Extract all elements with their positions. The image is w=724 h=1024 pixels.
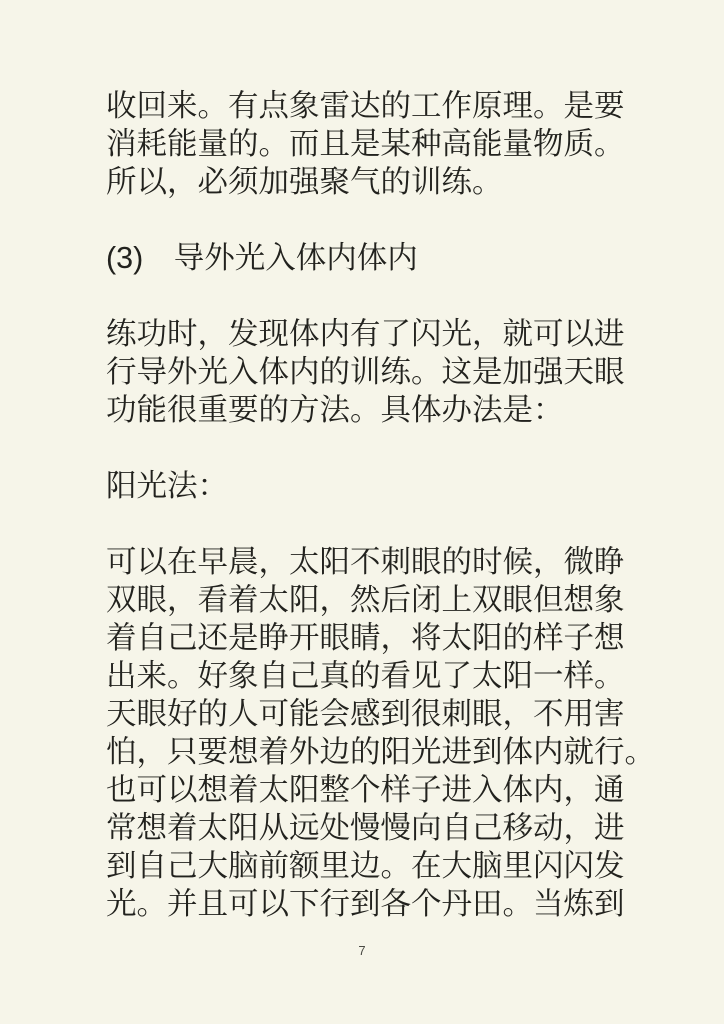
- text-line: 可以在早晨，太阳不刺眼的时候，微睁: [106, 543, 686, 581]
- book-page: 收回来。有点象雷达的工作原理。是要 消耗能量的。而且是某种高能量物质。 所以，必…: [0, 0, 724, 1024]
- text-line: 所以，必须加强聚气的训练。: [106, 163, 686, 201]
- text-line: 出来。好象自己真的看见了太阳一样。: [106, 657, 686, 695]
- paragraph-method-intro: 练功时，发现体内有了闪光，就可以进 行导外光入体内的训练。这是加强天眼 功能很重…: [106, 315, 686, 429]
- text-line: 消耗能量的。而且是某种高能量物质。: [106, 125, 686, 163]
- page-number: 7: [0, 942, 724, 960]
- paragraph-sunlight-method: 可以在早晨，太阳不刺眼的时候，微睁 双眼，看着太阳，然后闭上双眼但想象 着自己还…: [106, 543, 686, 923]
- text-line: 到自己大脑前额里边。在大脑里闪闪发: [106, 847, 686, 885]
- section-heading: (3) 导外光入体内体内: [106, 239, 686, 277]
- label-line: 阳光法：: [106, 467, 686, 505]
- text-line: 常想着太阳从远处慢慢向自己移动，进: [106, 809, 686, 847]
- page-text: 收回来。有点象雷达的工作原理。是要 消耗能量的。而且是某种高能量物质。 所以，必…: [106, 87, 686, 923]
- text-line: 练功时，发现体内有了闪光，就可以进: [106, 315, 686, 353]
- text-line: 怕，只要想着外边的阳光进到体内就行。: [106, 733, 686, 771]
- text-line: 收回来。有点象雷达的工作原理。是要: [106, 87, 686, 125]
- heading-line: (3) 导外光入体内体内: [106, 239, 686, 277]
- text-line: 天眼好的人可能会感到很刺眼，不用害: [106, 695, 686, 733]
- text-line: 功能很重要的方法。具体办法是：: [106, 391, 686, 429]
- text-line: 着自己还是睁开眼睛，将太阳的样子想: [106, 619, 686, 657]
- text-line: 光。并且可以下行到各个丹田。当炼到: [106, 885, 686, 923]
- text-line: 也可以想着太阳整个样子进入体内，通: [106, 771, 686, 809]
- paragraph-qi-training: 收回来。有点象雷达的工作原理。是要 消耗能量的。而且是某种高能量物质。 所以，必…: [106, 87, 686, 201]
- text-line: 行导外光入体内的训练。这是加强天眼: [106, 353, 686, 391]
- text-line: 双眼，看着太阳，然后闭上双眼但想象: [106, 581, 686, 619]
- sunlight-method-label: 阳光法：: [106, 467, 686, 505]
